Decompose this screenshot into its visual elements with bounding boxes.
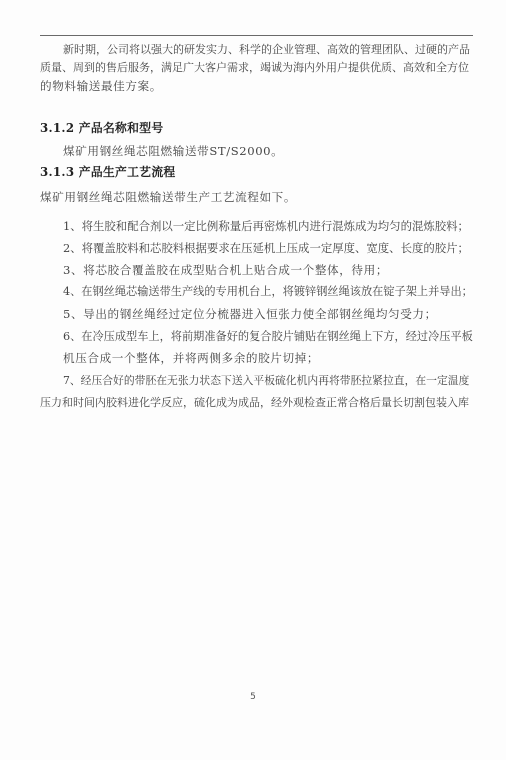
section-heading-3-1-2: 3.1.2 产品名称和型号 <box>40 120 163 136</box>
step-6-cont: 机压合成一个整体，并将两侧多余的胶片切掉； <box>63 350 319 366</box>
step-2: 2、将覆盖胶料和芯胶料根据要求在压延机上压成一定厚度、宽度、长度的胶片； <box>63 240 469 256</box>
step-4: 4、在钢丝绳芯输送带生产线的专用机台上，将镀锌钢丝绳该放在锭子架上并导出； <box>63 284 473 300</box>
product-name: 煤矿用钢丝绳芯阻燃输送带ST/S2000。 <box>63 143 283 159</box>
page-number: 5 <box>0 692 506 702</box>
step-7-cont: 压力和时间内胶料进化学反应，硫化成为成品，经外观检查正常合格后量长切割包装入库 <box>40 395 469 411</box>
step-3: 3、将芯胶合覆盖胶在成型贴合机上贴合成一个整体，待用； <box>63 262 388 278</box>
text-line: 质量、周到的售后服务，满足广大客户需求，竭诚为海内外用户提供优质、高效和全方位 <box>40 60 469 76</box>
text-line: 新时期，公司将以强大的研发实力、科学的企业管理、高效的管理团队、过硬的产品 <box>63 42 470 58</box>
header-rule <box>40 35 473 36</box>
step-6: 6、在冷压成型车上，将前期准备好的复合胶片铺贴在钢丝绳上下方，经过冷压平板 <box>63 329 473 345</box>
text-line: 的物料输送最佳方案。 <box>40 78 162 94</box>
step-7: 7、经压合好的带胚在无张力状态下送入平板硫化机内再将带胚拉紧拉直，在一定温度 <box>63 373 469 389</box>
step-1: 1、将生胶和配合剂以一定比例称量后再密炼机内进行混炼成为均匀的混炼胶料； <box>63 218 469 234</box>
step-5: 5、导出的钢丝绳经过定位分梳器进入恒张力使全部钢丝绳均匀受力； <box>63 306 437 322</box>
process-intro: 煤矿用钢丝绳芯阻燃输送带生产工艺流程如下。 <box>40 189 296 205</box>
section-heading-3-1-3: 3.1.3 产品生产工艺流程 <box>40 164 176 180</box>
